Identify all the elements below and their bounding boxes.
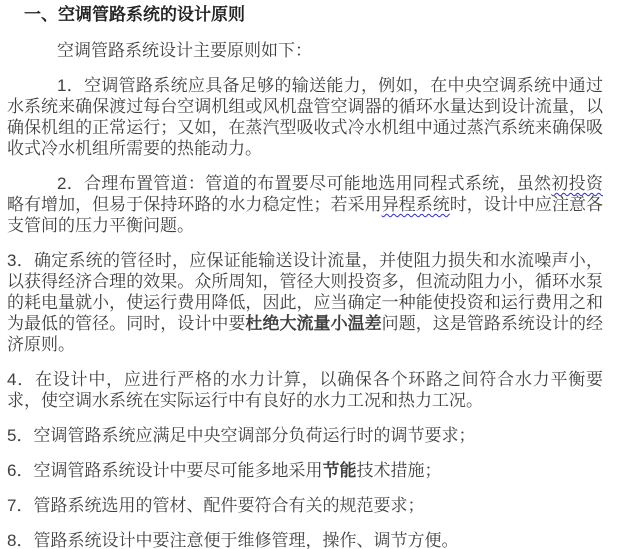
text-run: 略有增加，但易于保持环路的水力稳定性；若采用: [7, 195, 382, 214]
spellcheck-flagged-text: 异程系统: [382, 195, 450, 214]
document-title: 一、空调管路系统的设计原则: [7, 4, 603, 25]
text-run: 8．管路系统设计中要注意便于维修管理，操作、调节方便。: [7, 531, 458, 549]
text-run: 技术措施；: [356, 461, 441, 480]
spellcheck-flagged-text: 初投资: [551, 174, 603, 193]
text-run: 2．合理布置管道：管道的布置要尽可能地选用同程式系统，虽然: [57, 174, 551, 193]
text-run: 4．在设计中，应进行严格的水力计算，以确保各个环路之间符合水力平衡要求，使空调水…: [7, 370, 603, 410]
paragraph-1: 1．空调管路系统应具备足够的输送能力，例如，在中央空调系统中通过水系统来确保渡过…: [7, 75, 603, 159]
emphasized-text: 杜绝大流量小温差: [245, 314, 381, 333]
intro-line: 空调管路系统设计主要原则如下：: [7, 40, 603, 61]
text-run: 6．空调管路系统设计中要尽可能多地采用: [7, 461, 322, 480]
paragraph-3: 3．确定系统的管径时，应保证能输送设计流量，并使阻力损失和水流噪声小，以获得经济…: [7, 250, 603, 355]
paragraph-6: 6．空调管路系统设计中要尽可能多地采用节能技术措施；: [7, 460, 603, 481]
document-page: 一、空调管路系统的设计原则 空调管路系统设计主要原则如下： 1．空调管路系统应具…: [0, 0, 619, 549]
paragraph-8: 8．管路系统设计中要注意便于维修管理，操作、调节方便。: [7, 530, 603, 549]
emphasized-text: 节能: [322, 461, 356, 480]
text-run: 7．管路系统选用的管材、配件要符合有关的规范要求；: [7, 496, 424, 515]
paragraph-7: 7．管路系统选用的管材、配件要符合有关的规范要求；: [7, 495, 603, 516]
paragraph-2: 2．合理布置管道：管道的布置要尽可能地选用同程式系统，虽然初投资略有增加，但易于…: [7, 173, 603, 236]
paragraph-4: 4．在设计中，应进行严格的水力计算，以确保各个环路之间符合水力平衡要求，使空调水…: [7, 369, 603, 411]
text-run: 5．空调管路系统应满足中央空调部分负荷运行时的调节要求；: [7, 426, 475, 445]
text-run: 1．空调管路系统应具备足够的输送能力，例如，在中央空调系统中通过水系统来确保渡过…: [7, 76, 603, 158]
paragraph-5: 5．空调管路系统应满足中央空调部分负荷运行时的调节要求；: [7, 425, 603, 446]
